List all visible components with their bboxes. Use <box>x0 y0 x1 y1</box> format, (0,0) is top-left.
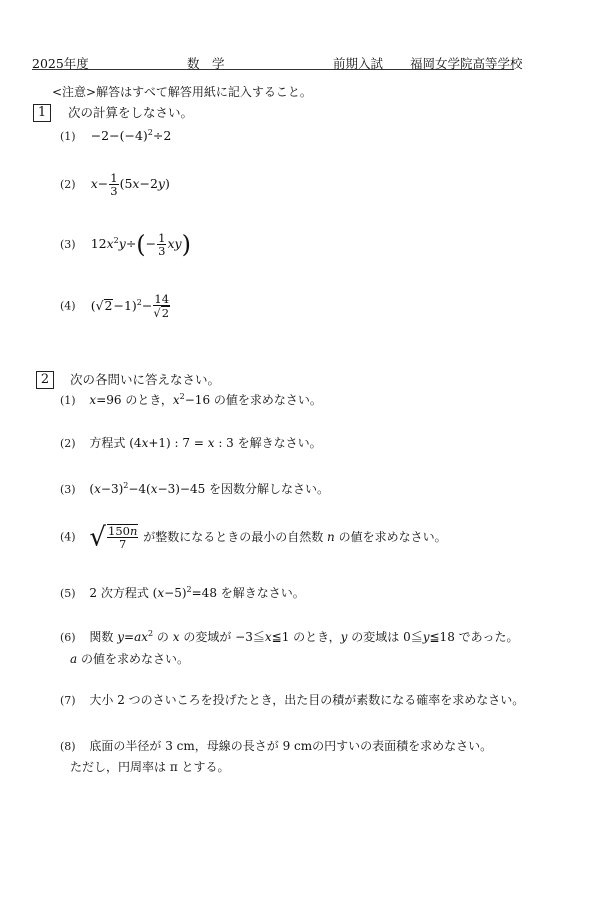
section-1-number-box: 1 <box>33 104 51 122</box>
s2-question-6-line2: a の値を求めなさい。 <box>70 650 189 667</box>
question-label: (4) <box>60 300 76 313</box>
question-label: (2) <box>60 437 76 450</box>
s2-question-8: (8) 底面の半径が 3 cm，母線の長さが 9 cmの円すいの表面積を求めなさ… <box>60 737 492 754</box>
s1-question-1: (1) −2−(−4)2÷2 <box>60 125 171 144</box>
s1-question-4: (4) (√2−1)2−14√2 <box>60 293 171 319</box>
question-label: (4) <box>60 531 76 544</box>
question-label: (1) <box>60 394 76 407</box>
question-label: (2) <box>60 178 76 191</box>
section-2-number-box: 2 <box>36 371 54 389</box>
s2-question-7: (7) 大小 2 つのさいころを投げたとき，出た目の積が素数になる確率を求めなさ… <box>60 691 524 708</box>
s2-question-8-line2: ただし，円周率は π とする。 <box>70 758 230 775</box>
question-label: (8) <box>60 740 76 753</box>
s2-question-2: (2) 方程式 (4x+1) : 7 = x : 3 を解きなさい。 <box>60 434 322 451</box>
question-label: (3) <box>60 483 76 496</box>
s2-question-3: (3) (x−3)2−4(x−3)−45 を因数分解しなさい。 <box>60 480 329 497</box>
section-1-title: 次の計算をしなさい。 <box>68 103 193 121</box>
question-label: (6) <box>60 631 76 644</box>
question-label: (7) <box>60 694 76 707</box>
math-expression: (√2−1)2−14√2 <box>91 298 171 313</box>
question-label: (3) <box>60 238 76 251</box>
s1-question-3: (3) 12x2y÷(−13xy) <box>60 232 191 257</box>
question-text: 大小 2 つのさいころを投げたとき，出た目の積が素数になる確率を求めなさい。 <box>89 693 524 707</box>
s2-question-1: (1) x=96 のとき，x2−16 の値を求めなさい。 <box>60 391 322 408</box>
s2-question-5: (5) 2 次方程式 (x−5)2=48 を解きなさい。 <box>60 584 305 601</box>
question-label: (1) <box>60 130 76 143</box>
math-expression: x−13(5x−2y) <box>91 176 170 191</box>
s1-question-2: (2) x−13(5x−2y) <box>60 172 170 197</box>
header-rule <box>32 69 514 70</box>
s2-question-4: (4) √150n7 が整数になるときの最小の自然数 n の値を求めなさい。 <box>60 524 447 550</box>
question-label: (5) <box>60 587 76 600</box>
question-text: 底面の半径が 3 cm，母線の長さが 9 cmの円すいの表面積を求めなさい。 <box>89 739 492 753</box>
s2-question-6: (6) 関数 y=ax2 の x の変域が −3≦x≦1 のとき，y の変域は … <box>60 628 519 645</box>
math-expression: 12x2y÷(−13xy) <box>91 236 191 251</box>
notice-text: <注意>解答はすべて解答用紙に記入すること。 <box>52 83 312 100</box>
math-expression: −2−(−4)2÷2 <box>91 128 172 143</box>
section-2-title: 次の各問いに答えなさい。 <box>70 370 220 388</box>
